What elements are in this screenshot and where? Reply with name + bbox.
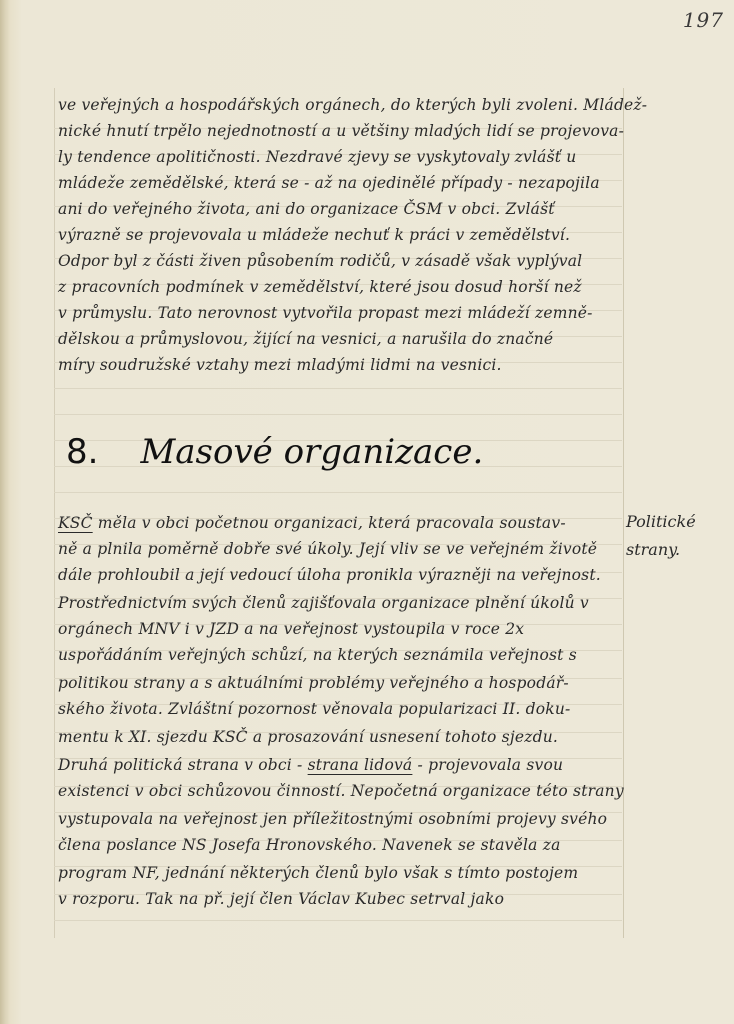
text-line: člena poslance NS Josefa Hronovského. Na… [58, 836, 561, 854]
text-line: existenci v obci schůzovou činností. Nep… [58, 782, 624, 800]
text-line: ve veřejných a hospodářských orgánech, d… [58, 96, 647, 114]
text-line: politikou strany a s aktuálními problémy… [58, 674, 569, 692]
text-line: Druhá politická strana v obci - strana l… [58, 756, 563, 774]
underlined-party-name: KSČ [58, 514, 93, 532]
chronicle-page: 197 ve veřejných a hospodářských orgánec… [0, 0, 734, 1024]
text-line: program NF, jednání některých členů bylo… [58, 864, 578, 882]
margin-note: Politické [626, 512, 696, 531]
text-line: v rozporu. Tak na př. její člen Václav K… [58, 890, 504, 908]
ruled-line [54, 920, 622, 921]
text-line: míry soudružské vztahy mezi mladými lidm… [58, 356, 502, 374]
ruled-line [54, 388, 622, 389]
text-line: ského života. Zvláštní pozornost věnoval… [58, 700, 571, 718]
text-line: uspořádáním veřejných schůzí, na kterých… [58, 646, 577, 664]
text-line: nické hnutí trpělo nejednotností a u vět… [58, 122, 624, 140]
section-heading: 8.Masové organizace. [66, 432, 483, 472]
text-line: KSČ měla v obci početnou organizaci, kte… [58, 514, 566, 532]
text-line: mentu k XI. sjezdu KSČ a prosazování usn… [58, 728, 558, 746]
text-line: ani do veřejného života, ani do organiza… [58, 200, 555, 218]
text-line: ly tendence apolitičnosti. Nezdravé zjev… [58, 148, 576, 166]
section-number: 8. [66, 432, 98, 472]
ruled-line [54, 492, 622, 493]
text-line: z pracovních podmínek v zemědělství, kte… [58, 278, 582, 296]
underlined-party-name: strana lidová [308, 756, 413, 774]
text-line: mládeže zemědělské, která se - až na oje… [58, 174, 600, 192]
text-line: výrazně se projevovala u mládeže nechuť … [58, 226, 570, 244]
text-line: Prostřednictvím svých členů zajišťovala … [58, 594, 589, 612]
text-line: dělskou a průmyslovou, žijící na vesnici… [58, 330, 553, 348]
text-line: vystupovala na veřejnost jen příležitost… [58, 810, 607, 828]
ruled-line [54, 414, 622, 415]
section-title: Masové organizace. [140, 432, 483, 472]
text-line: dále prohloubil a její vedoucí úloha pro… [58, 566, 601, 584]
page-number: 197 [683, 8, 724, 32]
margin-note: strany. [626, 540, 680, 559]
binding-edge [0, 0, 10, 1024]
text-line: v průmyslu. Tato nerovnost vytvořila pro… [58, 304, 593, 322]
text-line: Odpor byl z části živen působením rodičů… [58, 252, 582, 270]
text-line: orgánech MNV i v JZD a na veřejnost vyst… [58, 620, 524, 638]
text-line: ně a plnila poměrně dobře své úkoly. Jej… [58, 540, 597, 558]
